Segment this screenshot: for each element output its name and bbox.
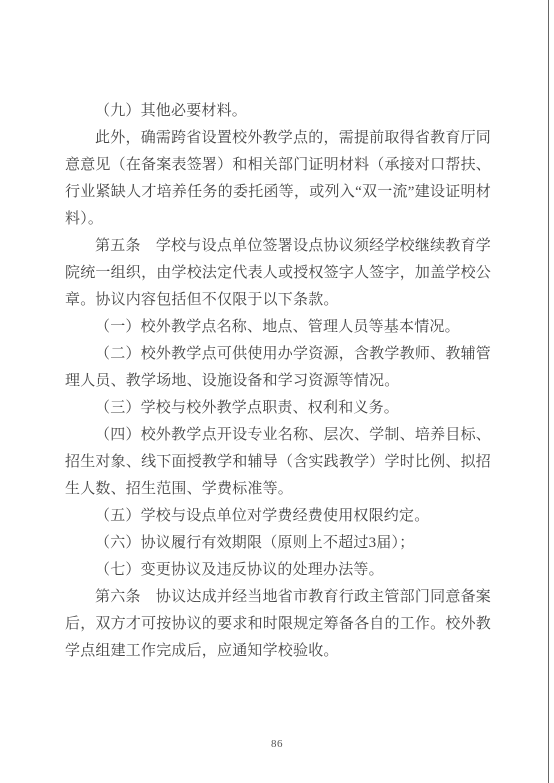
paragraph: 第五条 学校与设点单位签署设点协议须经学校继续教育学院统一组织，由学校法定代表人… [65, 233, 491, 314]
paragraph: 第六条 协议达成并经当地省市教育行政主管部门同意备案后，双方才可按协议的要求和时… [65, 584, 491, 665]
paragraph: （一）校外教学点名称、地点、管理人员等基本情况。 [65, 314, 491, 341]
page-edge-line [548, 0, 549, 783]
document-body: （九）其他必要材料。 此外，确需跨省设置校外教学点的，需提前取得省教育厅同意意见… [65, 98, 491, 665]
paragraph: （七）变更协议及违反协议的处理办法等。 [65, 557, 491, 584]
paragraph: （三）学校与校外教学点职责、权利和义务。 [65, 395, 491, 422]
paragraph: （四）校外教学点开设专业名称、层次、学制、培养目标、招生对象、线下面授教学和辅导… [65, 422, 491, 503]
paragraph: （五）学校与设点单位对学费经费使用权限约定。 [65, 503, 491, 530]
paragraph: 此外，确需跨省设置校外教学点的，需提前取得省教育厅同意意见（在备案表签署）和相关… [65, 125, 491, 233]
paragraph: （六）协议履行有效期限（原则上不超过3届）； [65, 530, 491, 557]
paragraph: （九）其他必要材料。 [65, 98, 491, 125]
page-number: 86 [0, 738, 554, 750]
document-page: （九）其他必要材料。 此外，确需跨省设置校外教学点的，需提前取得省教育厅同意意见… [0, 0, 554, 783]
paragraph: （二）校外教学点可供使用办学资源，含教学教师、教辅管理人员、教学场地、设施设备和… [65, 341, 491, 395]
